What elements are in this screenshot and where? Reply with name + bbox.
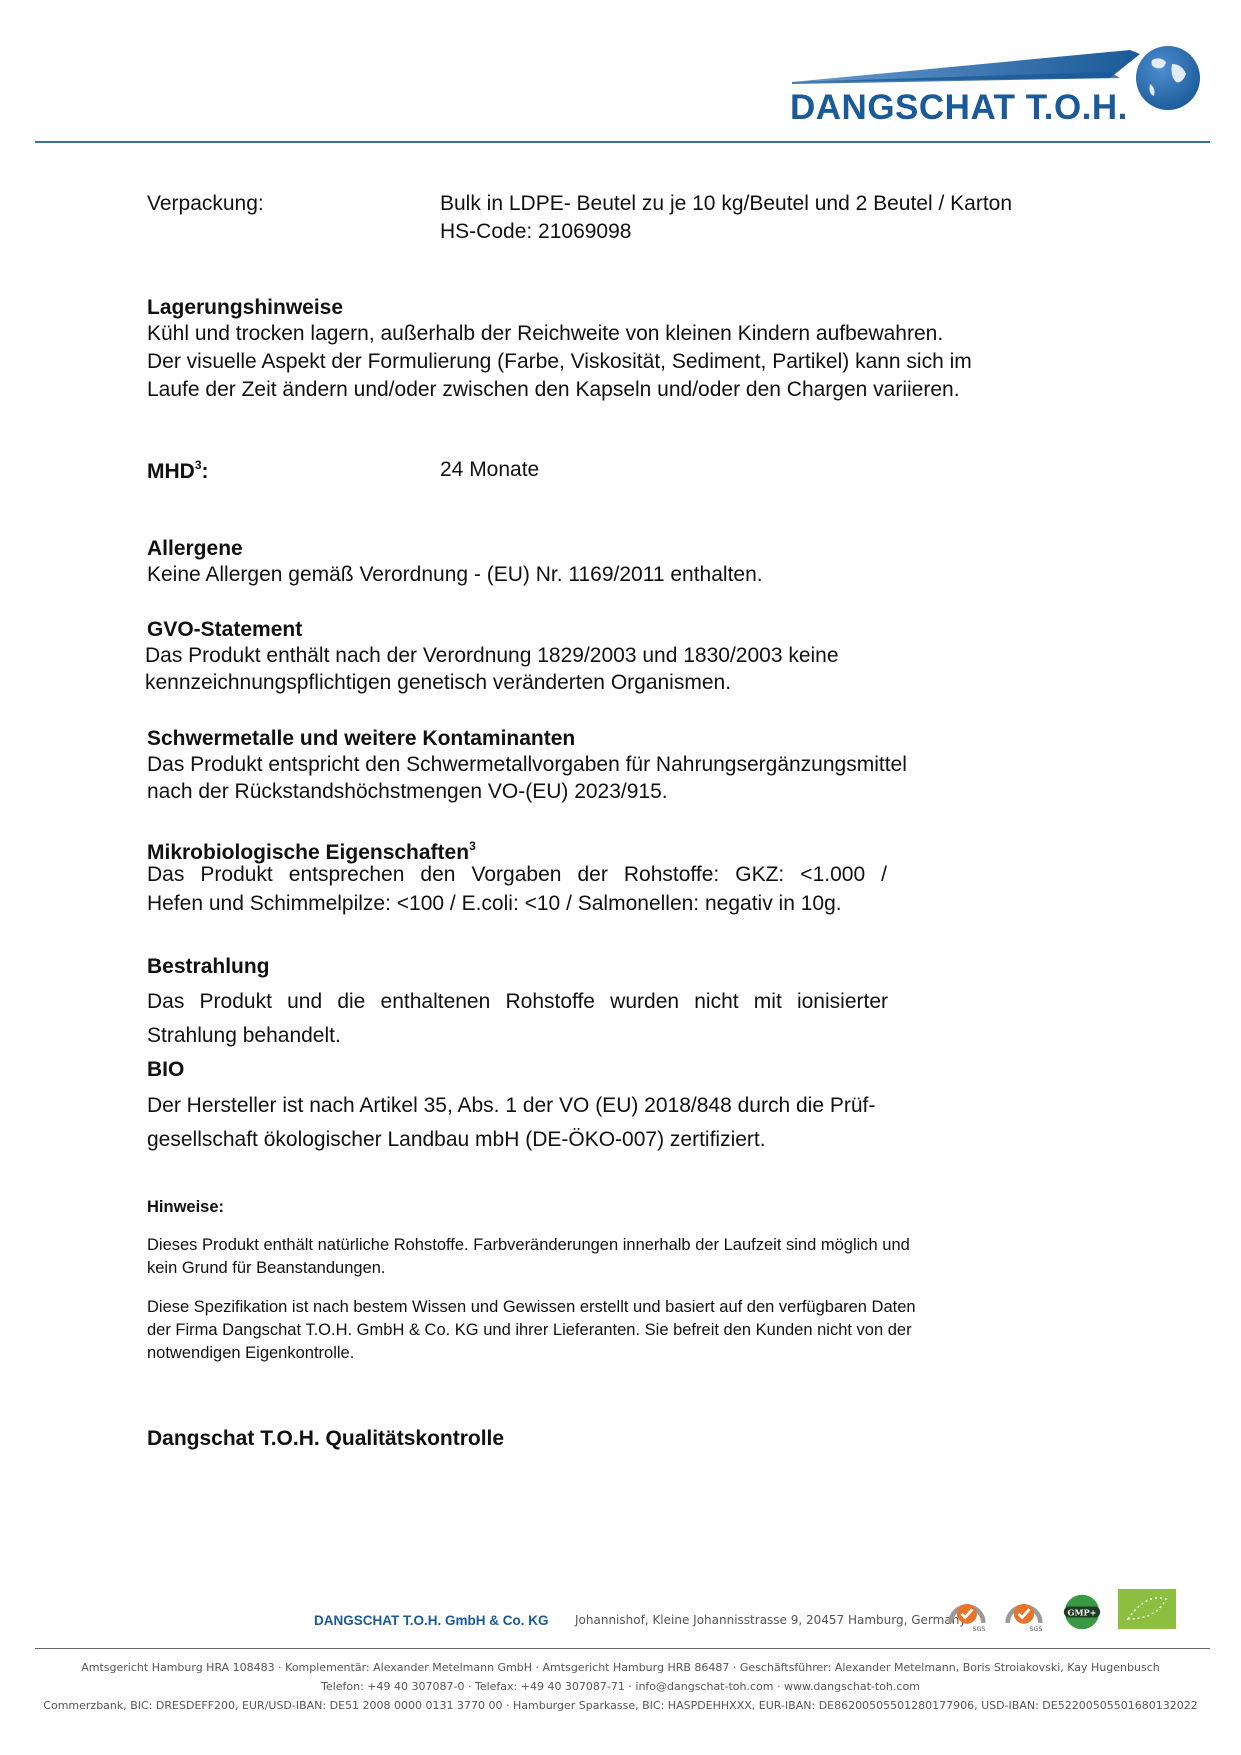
footer-divider: [35, 1648, 1210, 1649]
storage-heading: Lagerungshinweise: [147, 294, 343, 321]
svg-text:SGS: SGS: [972, 1626, 985, 1632]
heavy-metals-line: nach der Rückstandshöchstmengen VO-(EU) …: [147, 778, 907, 805]
shelf-life-label-text: MHD: [147, 460, 195, 483]
footer-bank-line: Commerzbank, BIC: DRESDEFF200, EUR/USD-I…: [0, 1699, 1241, 1712]
label-colon: :: [202, 460, 209, 483]
gmo-text: Das Produkt enthält nach der Verordnung …: [145, 642, 839, 696]
header-divider: [35, 141, 1210, 143]
heavy-metals-line: Das Produkt entspricht den Schwermetallv…: [147, 751, 907, 778]
notes-line: der Firma Dangschat T.O.H. GmbH & Co. KG…: [147, 1319, 916, 1342]
notes-line: Diese Spezifikation ist nach bestem Wiss…: [147, 1296, 916, 1319]
footnote-marker: 3: [195, 458, 202, 472]
packaging-label: Verpackung:: [147, 192, 264, 216]
organic-heading: BIO: [147, 1056, 184, 1083]
footer-registry-line: Amtsgericht Hamburg HRA 108483 · Komplem…: [0, 1661, 1241, 1674]
heavy-metals-text: Das Produkt entspricht den Schwermetallv…: [147, 751, 907, 805]
storage-line: Laufe der Zeit ändern und/oder zwischen …: [147, 376, 972, 404]
irradiation-heading: Bestrahlung: [147, 953, 270, 980]
notes-paragraph-2: Diese Spezifikation ist nach bestem Wiss…: [147, 1296, 916, 1365]
microbiology-line: Das Produkt entsprechen den Vorgaben der…: [147, 860, 887, 889]
company-logo: DANGSCHAT T.O.H.: [790, 44, 1210, 134]
notes-line: kein Grund für Beanstandungen.: [147, 1257, 910, 1280]
shelf-life-value: 24 Monate: [440, 456, 539, 484]
irradiation-text: Das Produkt und die enthaltenen Rohstoff…: [147, 985, 888, 1053]
svg-text:GMP+: GMP+: [1067, 1608, 1096, 1618]
footer-address: Johannishof, Kleine Johannisstrasse 9, 2…: [575, 1613, 966, 1627]
sgs-certification-icon-2: SGS: [1002, 1592, 1046, 1632]
allergens-heading: Allergene: [147, 535, 243, 562]
irradiation-line: Strahlung behandelt.: [147, 1019, 888, 1053]
organic-line: gesellschaft ökologischer Landbau mbH (D…: [147, 1123, 875, 1157]
packaging-value: Bulk in LDPE- Beutel zu je 10 kg/Beutel …: [440, 190, 1012, 246]
svg-text:SGS: SGS: [1029, 1626, 1042, 1632]
logo-wordmark: DANGSCHAT T.O.H.: [790, 88, 1128, 128]
packaging-line: Bulk in LDPE- Beutel zu je 10 kg/Beutel …: [440, 190, 1012, 218]
sgs-certification-icon: SGS: [945, 1592, 989, 1632]
gmp-plus-icon: GMP+: [1060, 1592, 1104, 1632]
storage-text: Kühl und trocken lagern, außerhalb der R…: [147, 320, 972, 404]
notes-paragraph-1: Dieses Produkt enthält natürliche Rohsto…: [147, 1234, 910, 1280]
footer-contact-line: Telefon: +49 40 307087-0 · Telefax: +49 …: [0, 1680, 1241, 1693]
shelf-life-label: MHD3:: [147, 458, 209, 484]
allergens-text: Keine Allergen gemäß Verordnung - (EU) N…: [147, 561, 763, 588]
footnote-marker: 3: [469, 839, 476, 853]
footer-company-name: DANGSCHAT T.O.H. GmbH & Co. KG: [314, 1613, 549, 1628]
organic-line: Der Hersteller ist nach Artikel 35, Abs.…: [147, 1089, 875, 1123]
storage-line: Kühl und trocken lagern, außerhalb der R…: [147, 320, 972, 348]
gmo-line: Das Produkt enthält nach der Verordnung …: [145, 642, 839, 669]
heavy-metals-heading: Schwermetalle und weitere Kontaminanten: [147, 725, 575, 752]
hs-code: HS-Code: 21069098: [440, 218, 1012, 246]
notes-line: Dieses Produkt enthält natürliche Rohsto…: [147, 1234, 910, 1257]
storage-line: Der visuelle Aspekt der Formulierung (Fa…: [147, 348, 972, 376]
organic-text: Der Hersteller ist nach Artikel 35, Abs.…: [147, 1089, 875, 1157]
irradiation-line: Das Produkt und die enthaltenen Rohstoff…: [147, 985, 888, 1019]
microbiology-text: Das Produkt entsprechen den Vorgaben der…: [147, 860, 887, 918]
quality-control-signature: Dangschat T.O.H. Qualitätskontrolle: [147, 1425, 504, 1452]
gmo-line: kennzeichnungspflichtigen genetisch verä…: [145, 669, 839, 696]
eu-organic-leaf-icon: [1118, 1589, 1176, 1629]
notes-heading: Hinweise:: [147, 1196, 224, 1219]
notes-line: notwendigen Eigenkontrolle.: [147, 1342, 916, 1365]
microbiology-line: Hefen und Schimmelpilze: <100 / E.coli: …: [147, 889, 887, 918]
gmo-heading: GVO-Statement: [147, 616, 302, 643]
